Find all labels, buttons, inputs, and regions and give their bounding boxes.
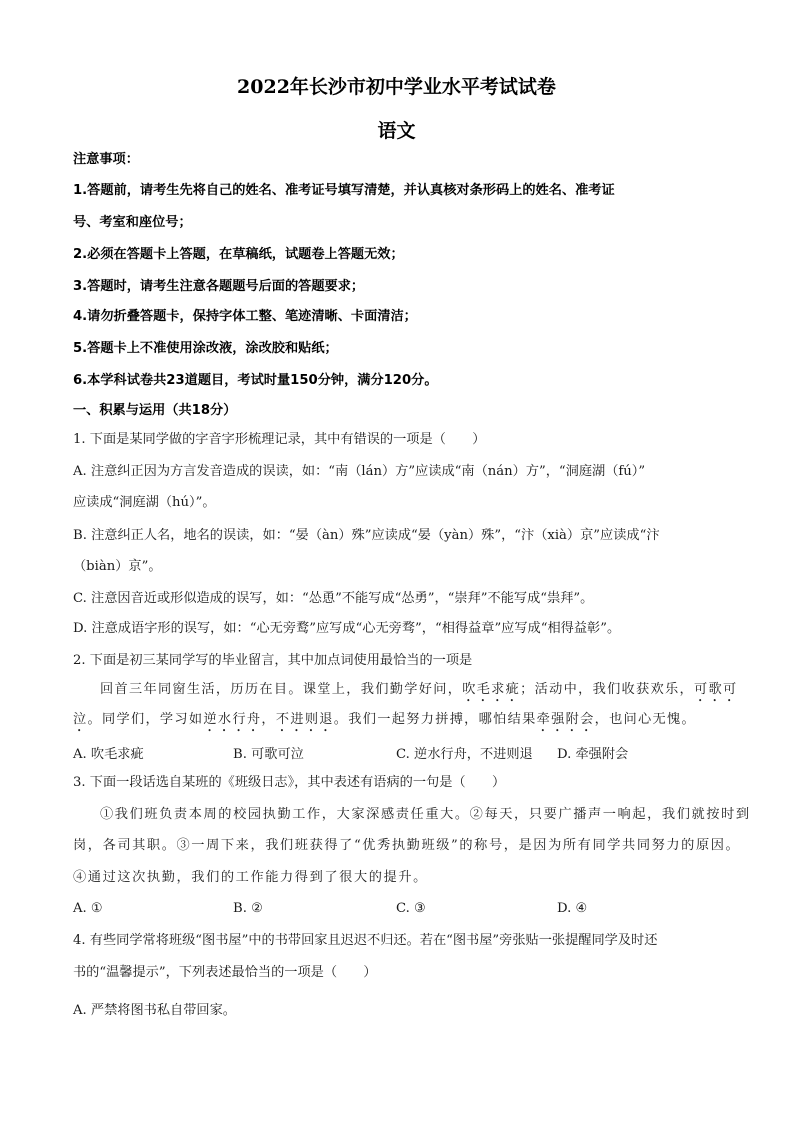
q4-stem-cont: 书的“温馨提示”，下列表述最恰当的一项是（ ） [73, 964, 723, 982]
notice-heading: 注意事项： [73, 151, 723, 169]
q1-option-b-cont: （biàn）京”。 [73, 558, 723, 576]
q2-text: 回首三年同窗生活，历历在目。课堂上，我们勤学好问， [100, 682, 462, 697]
notice-item-5: 5.答题卡上不准使用涂改液，涂改胶和贴纸； [73, 340, 723, 358]
q2-dotted-word-b: 可歌可 [694, 682, 737, 697]
q2-text: 。同学们，学习如 [88, 712, 204, 727]
q2-option-c: C. 逆水行舟，不进则退 [396, 743, 533, 762]
q3-option-d: D. ④ [557, 901, 587, 916]
notice-item-1: 1.答题前，请考生先将自己的姓名、准考证号填写清楚，并认真核对条形码上的姓名、准… [73, 182, 723, 200]
notice-item-4: 4.请勿折叠答题卡，保持字体工整、笔迹清晰、卡面清洁； [73, 308, 723, 326]
notice-item-6: 6.本学科试卷共23道题目，考试时量150分钟，满分120分。 [73, 372, 723, 390]
notice-item-1-cont: 号、考室和座位号； [73, 214, 723, 232]
notice-item-3: 3.答题时，请考生注意各题题号后面的答题要求； [73, 278, 723, 296]
q2-passage-line-2: 泣。同学们，学习如逆水行舟，不进则退。我们一起努力拼搏，哪怕结果牵强附会，也问心… [73, 711, 723, 735]
q2-stem: 2. 下面是初三某同学写的毕业留言，其中加点词使用最恰当的一项是 [73, 652, 723, 670]
q4-option-a: A. 严禁将图书私自带回家。 [73, 1002, 723, 1020]
q2-dotted-word-c: 逆水行舟，不进则退 [203, 712, 333, 727]
q3-passage-line-2: 岗，各司其职。③一周下来，我们班获得了“优秀执勤班级”的称号，是因为所有同学共同… [73, 837, 723, 855]
q2-option-b: B. 可歌可泣 [233, 743, 304, 762]
q1-option-b: B. 注意纠正人名，地名的误读，如：“晏（àn）殊”应读成“晏（yàn）殊”，“… [73, 527, 723, 545]
q2-text: 。我们一起努力拼搏，哪怕结果 [334, 712, 537, 727]
q3-stem: 3. 下面一段话选自某班的《班级日志》，其中表述有语病的一句是（ ） [73, 774, 723, 792]
q2-text: ，也问心无愧。 [595, 712, 696, 727]
q3-passage-line-3: ④通过这次执勤，我们的工作能力得到了很大的提升。 [73, 869, 723, 887]
q2-option-a: A. 吹毛求疵 [73, 743, 144, 762]
q3-option-b: B. ② [233, 901, 263, 916]
q2-text: ；活动中，我们收获欢乐， [520, 682, 694, 697]
notice-item-2: 2.必须在答题卡上答题，在草稿纸，试题卷上答题无效； [73, 246, 723, 264]
exam-page: 2022年长沙市初中学业水平考试试卷 语文 注意事项： 1.答题前，请考生先将自… [0, 0, 793, 1122]
q2-dotted-word-b-cont: 泣 [73, 712, 88, 727]
q1-option-c: C. 注意因音近或形似造成的误写，如：“怂恿”不能写成“怂勇”，“崇拜”不能写成… [73, 590, 723, 608]
subject-title: 语文 [0, 116, 793, 143]
q3-passage-line-1: ①我们班负责本周的校园执勤工作，大家深感责任重大。②每天，只要广播声一响起，我们… [100, 806, 750, 824]
q3-option-c: C. ③ [396, 901, 426, 916]
q4-stem: 4. 有些同学常将班级“图书屋”中的书带回家且迟迟不归还。若在“图书屋”旁张贴一… [73, 932, 723, 950]
q3-option-a: A. ① [73, 901, 103, 916]
q2-option-d: D. 牵强附会 [557, 743, 628, 762]
q1-option-d: D. 注意成语字形的误写，如：“心无旁鹜”应写成“心无旁骛”，“相得益章”应写成… [73, 620, 723, 638]
q1-stem: 1. 下面是某同学做的字音字形梳理记录，其中有错误的一项是（ ） [73, 431, 723, 449]
section-1-heading: 一、积累与运用（共18分） [73, 402, 723, 420]
q2-passage-line-1: 回首三年同窗生活，历历在目。课堂上，我们勤学好问，吹毛求疵；活动中，我们收获欢乐… [100, 681, 750, 705]
q2-dotted-word-d: 牵强附会 [537, 712, 595, 727]
exam-title: 2022年长沙市初中学业水平考试试卷 [0, 72, 793, 99]
q1-option-a: A. 注意纠正因为方言发音造成的误读，如：“南（lán）方”应读成“南（nán）… [73, 463, 723, 481]
q1-option-a-cont: 应读成“洞庭湖（hú）”。 [73, 494, 723, 512]
q2-dotted-word-a: 吹毛求疵 [462, 682, 520, 697]
